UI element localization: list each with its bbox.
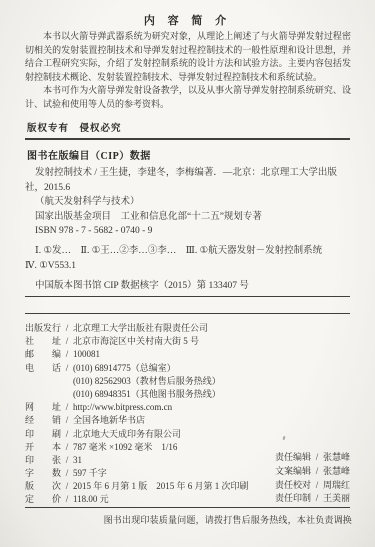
staff-row-label: 责任印制 [275,492,311,506]
colophon-row-label: 印 刷 [25,428,61,441]
content-summary-paragraph-1: 本书以火箭导弹武器系统为研究对象，从理论上阐述了与火箭导弹发射过程密切相关的发射… [25,30,351,84]
colophon-row-value: 北京市海淀区中关村南大街 5 号 [73,336,199,346]
horizontal-rule-bottom [25,507,350,508]
staff-row-separator: / [311,465,323,479]
colophon-row-value: 北京地大天成印务有限公司 [73,429,181,439]
cip-classification-line-2: Ⅳ. ①V553.1 [25,259,355,274]
colophon-row: 经 销/全国各地新华书店 [25,414,355,427]
colophon-row: /(010) 68948351（其他图书服务热线） [25,388,355,401]
colophon-row-value: 100081 [73,349,100,359]
colophon-row-label: 出版发行 [25,322,61,335]
colophon-row: 印 刷/北京地大天成印务有限公司 [25,428,355,441]
staff-row: 责任校对/周瑞红 [275,479,350,493]
colophon-row-value: 北京理工大学出版社有限责任公司 [73,323,208,333]
cip-heading: 图书在版编目（CIP）数据 [27,147,151,162]
colophon-row-label: 开 本 [25,441,61,454]
colophon-row-label: 邮 编 [25,348,61,361]
cip-isbn-line: ISBN 978 - 7 - 5682 - 0740 - 9 [25,224,355,239]
colophon-row-separator: / [61,401,73,414]
cip-project-line: 国家出版基金项目 工业和信息化部“十二五”规划专著 [25,210,355,225]
colophon-row: 出版发行/北京理工大学出版社有限责任公司 [25,322,355,335]
colophon-row-separator: / [61,322,73,335]
cip-series-line: （航天发射科学与技术） [25,195,355,210]
cip-record-number-line: 中国版本图书馆 CIP 数据核字（2015）第 133407 号 [25,279,355,294]
staff-row-value: 王美丽 [323,493,350,503]
colophon-row: /(010) 82562903（教材售后服务热线） [25,375,355,388]
colophon-row-separator: / [61,414,73,427]
colophon-row-separator: / [61,467,73,480]
staff-row-label: 文案编辑 [275,465,311,479]
staff-row-value: 张慧峰 [323,466,350,476]
colophon-row-separator: / [61,480,73,493]
colophon-row-value: 597 千字 [73,468,107,478]
colophon-row: 邮 编/100081 [25,348,355,361]
colophon-row-separator: / [61,335,73,348]
copyright-warning: 版权专有 侵权必究 [27,120,122,134]
colophon-row-label: 版 次 [25,480,61,493]
colophon-row-value: (010) 82562903（教材售后服务热线） [73,376,221,386]
content-summary-title: 内 容 简 介 [0,12,375,28]
colophon-row: 电 话/(010) 68914775（总编室） [25,362,355,375]
colophon-row-separator: / [61,493,73,506]
book-copyright-page: 内 容 简 介 本书以火箭导弹武器系统为研究对象，从理论上阐述了与火箭导弹发射过… [0,0,375,547]
horizontal-rule-top [25,138,350,140]
staff-row-value: 周瑞红 [323,480,350,490]
horizontal-rule-middle-1 [25,296,350,297]
staff-row-separator: / [311,492,323,506]
staff-row-label: 责任编辑 [275,451,311,465]
cip-data-block: 发射控制技术 / 王生捷，李建冬，李梅编著．—北京：北京理工大学出版 社，201… [25,166,355,294]
staff-row-separator: / [311,451,323,465]
colophon-row-value: http://www.bitpress.com.cn [73,402,172,412]
content-summary-paragraph-2: 本书可作为火箭导弹发射设备教学，以及从事火箭导弹发射控制系统研究、设计、试验和使… [25,84,351,111]
cip-title-line-1: 发射控制技术 / 王生捷，李建冬，李梅编著．—北京：北京理工大学出版 [25,166,355,181]
colophon-row-separator: / [61,348,73,361]
colophon-row-value: 787 毫米 ×1092 毫米 1/16 [73,442,177,452]
staff-row: 责任印制/王美丽 [275,492,350,506]
colophon-row: 社 址/北京市海淀区中关村南大街 5 号 [25,335,355,348]
colophon-row-value: (010) 68948351（其他图书服务热线） [73,389,221,399]
colophon-row-separator: / [61,441,73,454]
colophon-row: 网 址/http://www.bitpress.com.cn [25,401,355,414]
quality-notice: 图书出现印装质量问题，请拨打售后服务热线，本社负责调换 [104,513,352,526]
cip-classification-line-1: Ⅰ. ①发… Ⅱ. ①王…②李…③李… Ⅲ. ①航天器发射－发射控制系统 [25,244,355,259]
colophon-row-label: 经 销 [25,414,61,427]
colophon-row-separator: / [61,362,73,375]
colophon-row-value: 全国各地新华书店 [73,415,145,425]
colophon-row-separator: / [61,454,73,467]
staff-row-value: 张慧峰 [323,452,350,462]
colophon-row-label: 印 张 [25,454,61,467]
content-summary: 本书以火箭导弹武器系统为研究对象，从理论上阐述了与火箭导弹发射过程密切相关的发射… [25,30,351,112]
staff-row-separator: / [311,479,323,493]
colophon-row-value: 31 [73,455,82,465]
staff-row: 责任编辑/张慧峰 [275,451,350,465]
colophon-row-value: 2015 年 6 月第 1 版 2015 年 6 月第 1 次印刷 [73,481,249,491]
colophon-row-label: 电 话 [25,362,61,375]
colophon-row-value: (010) 68914775（总编室） [73,363,176,373]
colophon-row-label: 定 价 [25,493,61,506]
colophon-row-label: 网 址 [25,401,61,414]
staff-list: 责任编辑/张慧峰文案编辑/张慧峰责任校对/周瑞红责任印制/王美丽 [275,451,350,506]
staff-row: 文案编辑/张慧峰 [275,465,350,479]
cip-title-line-2: 社，2015.6 [25,181,355,196]
colophon-row-value: 118.00 元 [73,494,109,504]
horizontal-rule-middle-2 [25,313,350,314]
colophon-row-separator: / [61,428,73,441]
colophon-row-label: 社 址 [25,335,61,348]
staff-row-label: 责任校对 [275,479,311,493]
colophon-row-label: 字 数 [25,467,61,480]
